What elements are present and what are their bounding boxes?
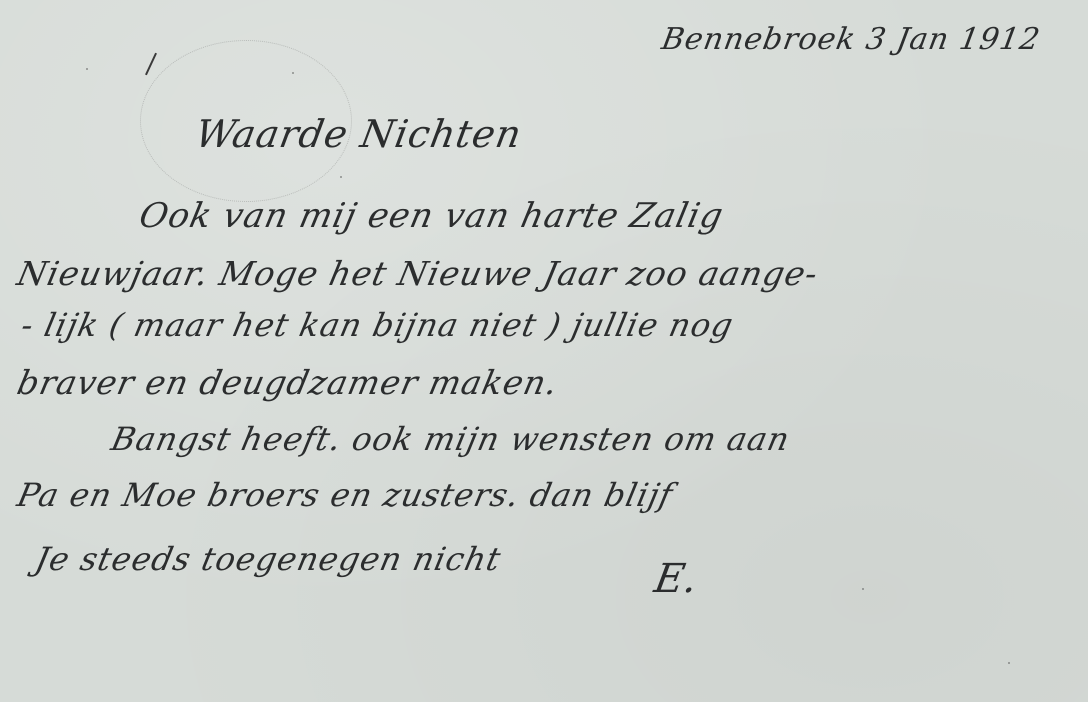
message-line: braver en deugdzamer maken. (14, 363, 562, 402)
paper-speck (862, 588, 864, 590)
message-line: Pa en Moe broers en zusters. dan blijf (14, 476, 677, 514)
paper-speck (1008, 662, 1010, 664)
place-date: Bennebroek 3 Jan 1912 (659, 22, 1043, 57)
postcard: Bennebroek 3 Jan 1912 Waarde Nichten Ook… (0, 0, 1088, 702)
message-line: Ook van mij een van harte Zalig (136, 196, 727, 236)
paper-speck (340, 176, 342, 178)
message-line: Je steeds toegenegen nicht (32, 540, 505, 578)
paper-speck (292, 72, 294, 74)
paper-speck (86, 68, 88, 70)
message-line: - lijk ( maar het kan bijna niet ) julli… (18, 306, 737, 344)
pen-mark (145, 53, 157, 76)
salutation: Waarde Nichten (192, 112, 525, 156)
message-line: Bangst heeft. ook mijn wensten om aan (108, 420, 794, 458)
signature: E. (651, 556, 701, 602)
message-line: Nieuwjaar. Moge het Nieuwe Jaar zoo aang… (14, 254, 822, 293)
